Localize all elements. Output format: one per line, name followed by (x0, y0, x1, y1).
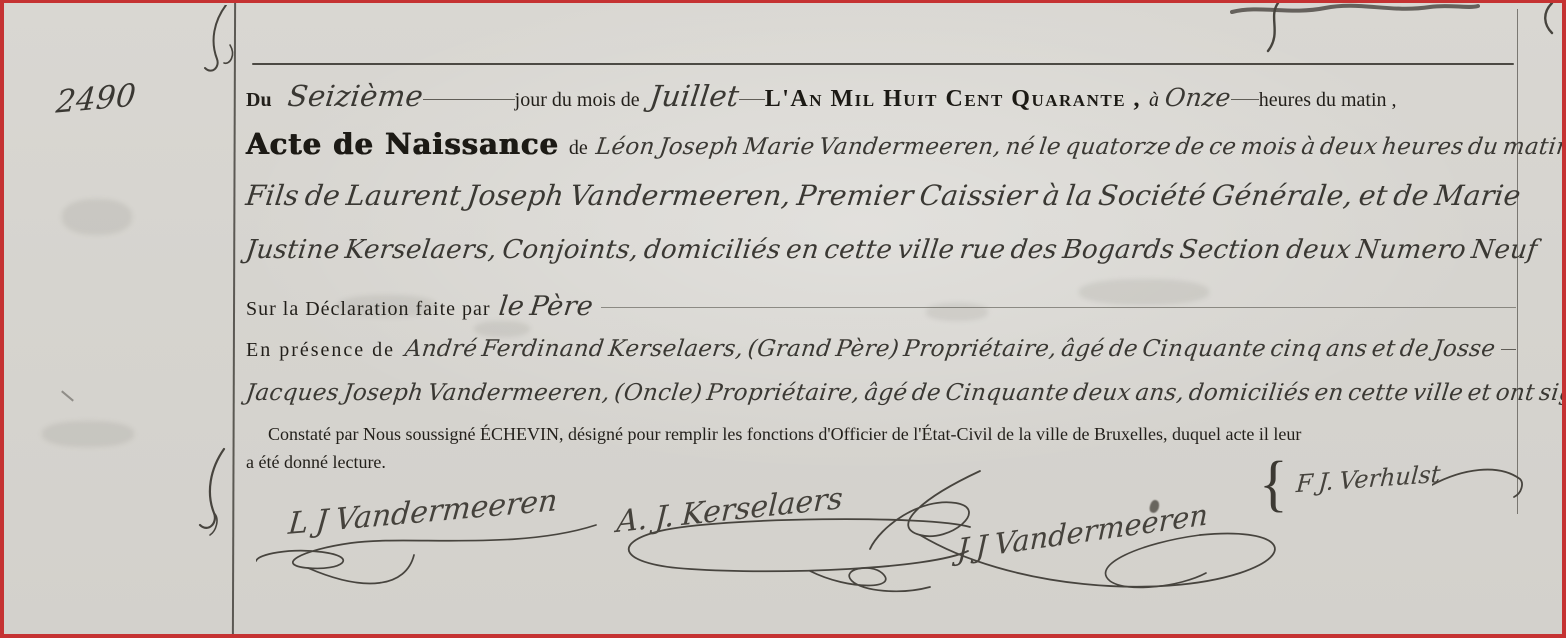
signature-father: L J Vandermeeren (287, 483, 559, 542)
margin-tick-mark (61, 390, 74, 401)
signature-uncle: J J Vandermeeren (957, 497, 1209, 567)
top-edge-brace-fragment (1262, 3, 1288, 53)
closing-line-1: Constaté par Nous soussigné ÉCHEVIN, dés… (268, 424, 1516, 445)
register-page: 2490 Du Seizième jour du mois de Juillet (4, 3, 1562, 634)
record-number: 2490 (55, 77, 138, 120)
label-year: L'An Mil Huit Cent Quarante , (765, 86, 1141, 113)
hour-entry: Onze (1163, 83, 1232, 112)
declarant-entry: le Père (497, 291, 595, 322)
filler-dash (739, 99, 765, 100)
filiation-entry-2: Justine Kerselaers, Conjoints, domicilié… (244, 235, 1539, 265)
ruled-fill-line (601, 307, 1516, 308)
ink-bleed-mark (337, 295, 437, 317)
filler-dash (1501, 349, 1516, 350)
witness-line-2: Jacques Joseph Vandermeeren, (Oncle) Pro… (246, 380, 1516, 406)
label-en-presence: En présence de (246, 339, 395, 362)
ink-bleed-mark (926, 303, 988, 321)
label-a: à (1149, 89, 1159, 112)
margin-paraph-bottom (196, 447, 242, 539)
filiation-line-2: Justine Kerselaers, Conjoints, domicilié… (246, 235, 1516, 265)
ink-bleed-mark (42, 421, 134, 447)
witness-line-1: En présence de André Ferdinand Kerselaer… (246, 336, 1516, 362)
filler-dash (1231, 99, 1259, 100)
signature-official-flourish (1432, 461, 1524, 503)
closing-line-2: a été donné lecture. (246, 452, 846, 473)
witness-entry-1: André Ferdinand Kerselaers, (Grand Père)… (403, 336, 1497, 362)
ink-bleed-mark (474, 321, 530, 337)
signature-official: F J. Verhulst (1295, 460, 1441, 498)
label-de: de (569, 137, 588, 160)
acte-line: Acte de Naissance de Léon Joseph Marie V… (246, 127, 1516, 161)
filler-dash (423, 99, 515, 100)
margin-rule-line (232, 3, 236, 634)
top-corner-stroke (1536, 3, 1558, 35)
ink-bleed-mark (62, 199, 132, 235)
day-entry: Seizième (285, 79, 424, 113)
top-rule-line (252, 63, 1514, 65)
date-line: Du Seizième jour du mois de Juillet L'An… (246, 79, 1516, 113)
label-heures: heures du matin , (1259, 89, 1397, 112)
margin-paraph-top (200, 5, 242, 77)
signature-brace: { (1259, 447, 1288, 519)
month-entry: Juillet (648, 79, 741, 113)
filiation-line-1: Fils de Laurent Joseph Vandermeeren, Pre… (246, 179, 1516, 212)
closing-text-1: Constaté par Nous soussigné ÉCHEVIN, dés… (268, 424, 1301, 445)
filiation-entry-1: Fils de Laurent Joseph Vandermeeren, Pre… (244, 179, 1523, 212)
label-jour-du-mois: jour du mois de (515, 89, 640, 112)
scanned-birth-record: 2490 Du Seizième jour du mois de Juillet (0, 0, 1566, 638)
witness-entry-2: Jacques Joseph Vandermeeren, (Oncle) Pro… (244, 380, 1562, 406)
closing-text-2: a été donné lecture. (246, 452, 386, 473)
child-entry: Léon Joseph Marie Vandermeeren, né le qu… (594, 134, 1562, 160)
ink-bleed-mark (1079, 279, 1209, 305)
signature-grandfather: A. J. Kerselaers (616, 481, 844, 540)
label-du: Du (246, 89, 272, 112)
top-edge-writing-fragment (1230, 3, 1480, 17)
acte-heading: Acte de Naissance (246, 127, 559, 161)
